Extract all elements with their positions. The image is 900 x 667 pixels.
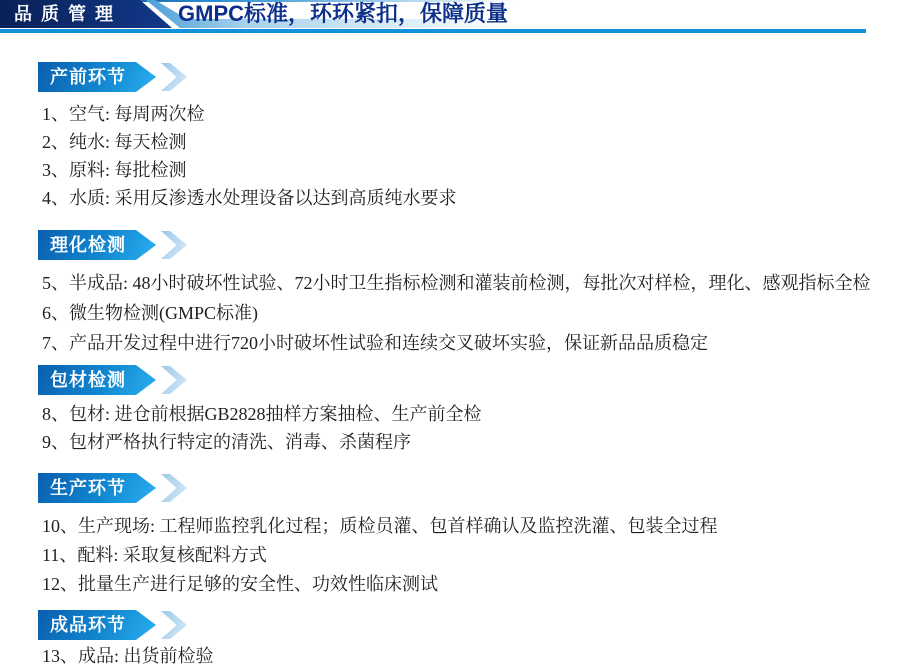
chevron-right-icon — [161, 611, 187, 639]
section-banner-label: 包材检测 — [38, 365, 138, 395]
chevron-right-icon — [161, 366, 187, 394]
section-banner-label: 生产环节 — [38, 473, 138, 503]
section-banner-pre-production: 产前环节 — [38, 62, 228, 92]
section-banner-production: 生产环节 — [38, 473, 228, 503]
list-item: 6、微生物检测(GMPC标准) — [42, 298, 900, 328]
list-item: 10、生产现场: 工程师监控乳化过程；质检员灌、包首样确认及监控洗灌、包装全过程 — [42, 512, 900, 541]
physchem-testing-list: 5、半成品: 48小时破坏性试验、72小时卫生指标检测和灌装前检测，每批次对样检… — [42, 268, 900, 358]
pre-production-list: 1、空气: 每周两次检 2、纯水: 每天检测 3、原料: 每批检测 4、水质: … — [42, 100, 900, 212]
brand-label: 品 质 管 理 — [14, 0, 115, 28]
section-banner-label: 成品环节 — [38, 610, 138, 640]
list-item: 7、产品开发过程中进行720小时破坏性试验和连续交叉破坏实验，保证新品品质稳定 — [42, 328, 900, 358]
chevron-right-icon — [161, 474, 187, 502]
chevron-right-icon — [161, 63, 187, 91]
list-item: 11、配料: 采取复核配料方式 — [42, 541, 900, 570]
list-item: 1、空气: 每周两次检 — [42, 100, 900, 128]
list-item: 4、水质: 采用反渗透水处理设备以达到高质纯水要求 — [42, 184, 900, 212]
section-banner-packaging-testing: 包材检测 — [38, 365, 228, 395]
divider-line — [0, 29, 866, 33]
chevron-right-icon — [161, 231, 187, 259]
list-item: 8、包材: 进仓前根据GB2828抽样方案抽检、生产前全检 — [42, 400, 900, 428]
section-banner-finished-product: 成品环节 — [38, 610, 228, 640]
list-item: 5、半成品: 48小时破坏性试验、72小时卫生指标检测和灌装前检测，每批次对样检… — [42, 268, 900, 298]
list-item: 2、纯水: 每天检测 — [42, 128, 900, 156]
production-list: 10、生产现场: 工程师监控乳化过程；质检员灌、包首样确认及监控洗灌、包装全过程… — [42, 512, 900, 599]
list-item: 3、原料: 每批检测 — [42, 156, 900, 184]
list-item: 13、成品: 出货前检验 — [42, 642, 900, 667]
page-title: GMPC标准，环环紧扣，保障质量 — [178, 0, 508, 28]
slide-page: 品 质 管 理 GMPC标准，环环紧扣，保障质量 产前环节 1、空气: 每周两次… — [0, 0, 900, 667]
list-item: 9、包材严格执行特定的清洗、消毒、杀菌程序 — [42, 428, 900, 456]
list-item: 12、批量生产进行足够的安全性、功效性临床测试 — [42, 570, 900, 599]
packaging-testing-list: 8、包材: 进仓前根据GB2828抽样方案抽检、生产前全检 9、包材严格执行特定… — [42, 400, 900, 456]
section-banner-label: 产前环节 — [38, 62, 138, 92]
header-bar: 品 质 管 理 GMPC标准，环环紧扣，保障质量 — [0, 0, 900, 28]
section-banner-label: 理化检测 — [38, 230, 138, 260]
section-banner-physchem-testing: 理化检测 — [38, 230, 228, 260]
finished-product-list: 13、成品: 出货前检验 — [42, 642, 900, 667]
